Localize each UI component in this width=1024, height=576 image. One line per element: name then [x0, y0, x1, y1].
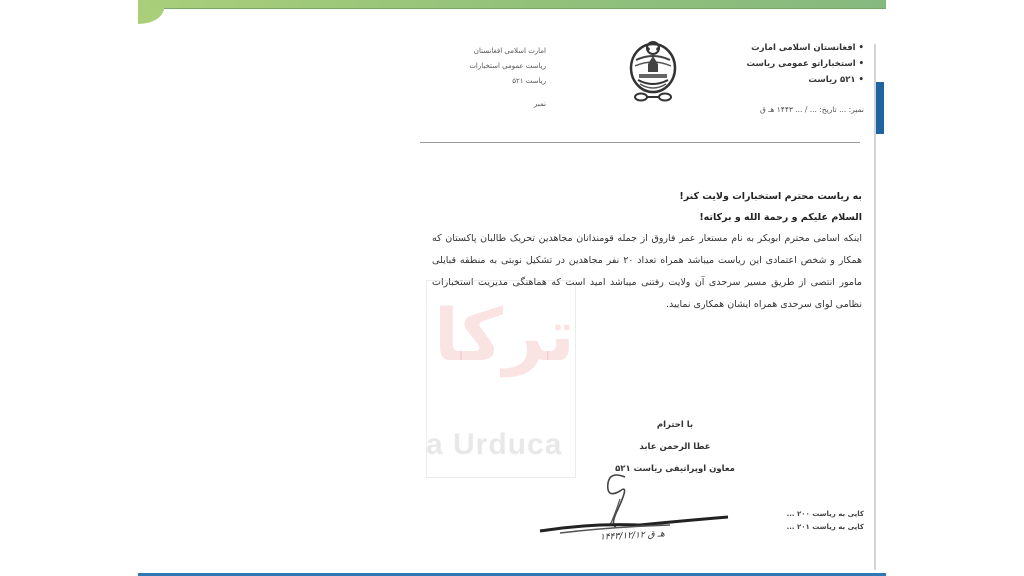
letter-date-line: نمبر: ... تاریخ: ... / ... ۱۴۴۳ هـ ق	[744, 102, 864, 118]
emblem-icon	[626, 38, 680, 104]
letterhead-line: • ۵۲۱ ریاست	[744, 72, 864, 88]
letterhead-line: امارت اسلامی افغانستان	[456, 44, 546, 59]
letterhead-line: ریاست عمومی استخبارات	[456, 59, 546, 74]
copies-list: کاپی به ریاست ۲۰۰ ... کاپی به ریاست ۲۰۱ …	[764, 508, 864, 534]
letter-body: به ریاست محترم استخبارات ولایت کنر! السل…	[432, 186, 862, 316]
header-divider	[420, 142, 860, 143]
signer-name: عطا الرحمن عابد	[590, 436, 760, 458]
copy-line: کاپی به ریاست ۲۰۰ ...	[764, 508, 864, 521]
closing-phrase: با احترام	[590, 414, 760, 436]
letterhead-line: • افغانستان اسلامی امارت	[744, 40, 864, 56]
letterhead-right: • افغانستان اسلامی امارت • استخباراتو عم…	[744, 40, 864, 118]
top-banner	[138, 0, 886, 9]
copy-line: کاپی به ریاست ۲۰۱ ...	[764, 521, 864, 534]
letterhead-left: امارت اسلامی افغانستان ریاست عمومی استخب…	[456, 44, 546, 112]
banner-corner-decoration	[138, 8, 164, 24]
letterhead-number: نمبر	[456, 97, 546, 112]
letterhead-line: • استخباراتو عمومی ریاست	[744, 56, 864, 72]
body-paragraph: اینکه اسامی محترم ابوبکر به نام مستعار ع…	[432, 228, 862, 316]
document-frame: • افغانستان اسلامی امارت • استخباراتو عم…	[138, 0, 886, 576]
blue-tab-marker	[876, 82, 884, 134]
salutation: به ریاست محترم استخبارات ولایت کنر!	[432, 186, 862, 207]
scanned-letter: • افغانستان اسلامی امارت • استخباراتو عم…	[420, 14, 886, 570]
greeting: السلام علیکم و رحمة الله و برکاته!	[432, 207, 862, 228]
letterhead-line: ریاست ۵۲۱	[456, 74, 546, 89]
